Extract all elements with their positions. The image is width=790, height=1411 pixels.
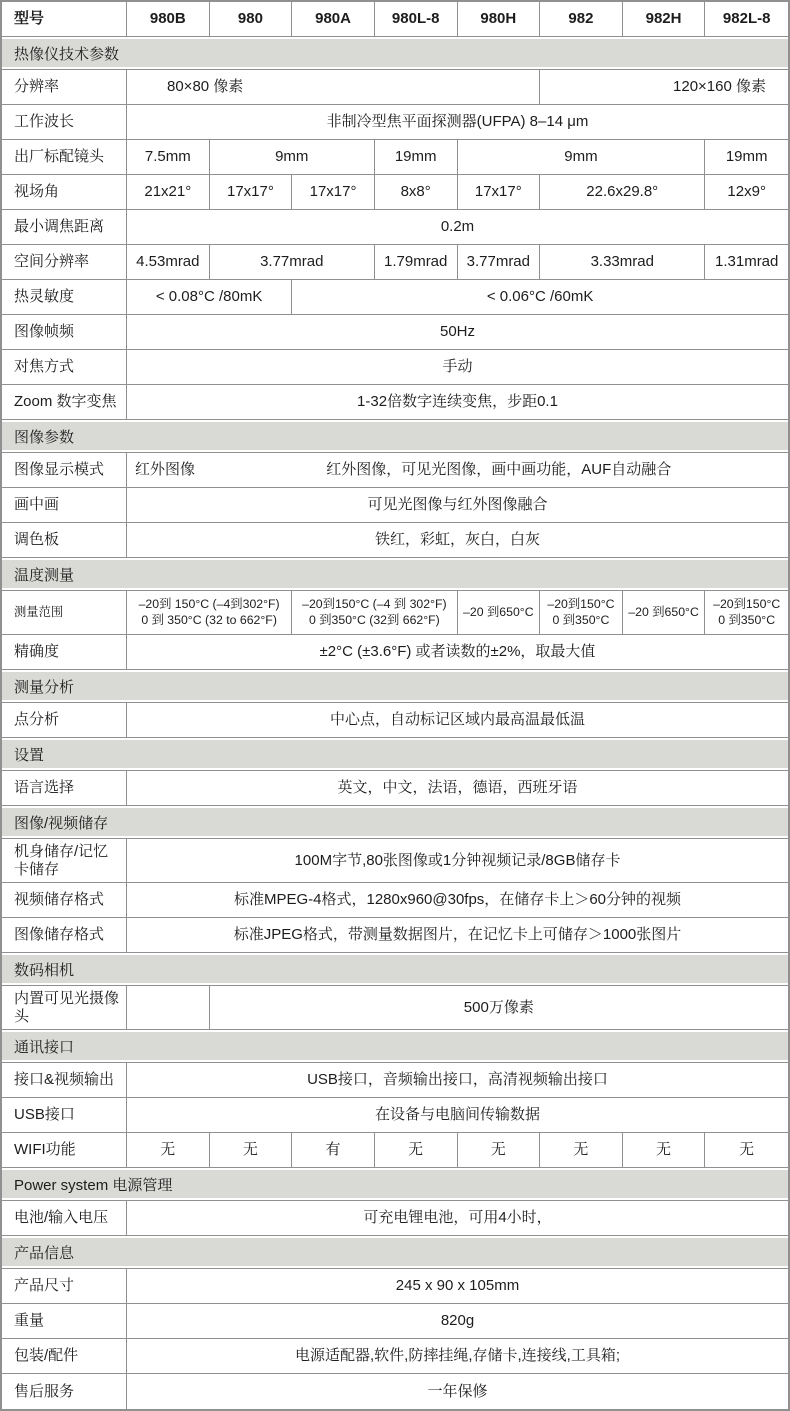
- row-weight: 重量820g: [2, 1304, 788, 1339]
- row-video-format: 视频储存格式标准MPEG-4格式，1280x960@30fps，在储存卡上＞60…: [2, 883, 788, 918]
- section-digital-camera: 数码相机: [2, 953, 788, 986]
- cell-line: –20 到650°C: [628, 605, 699, 621]
- cell-visible-camera-1: 500万像素: [210, 986, 788, 1029]
- row-fov: 视场角21x21°17x17°17x17°8x8°17x17°22.6x29.8…: [2, 175, 788, 210]
- section-band: Power system 电源管理: [2, 1170, 788, 1198]
- cell-fov-6: 12x9°: [705, 175, 788, 209]
- row-standard-lens: 出厂标配镜头7.5mm9mm19mm9mm19mm: [2, 140, 788, 175]
- row-storage: 机身储存/记忆卡储存100M字节,80张图像或1分钟视频记录/8GB储存卡: [2, 839, 788, 883]
- cell-image-display-mode-0: 红外图像: [127, 453, 210, 487]
- row-label-thermal-sensitivity: 热灵敏度: [2, 280, 127, 314]
- cell-standard-lens-3: 9mm: [458, 140, 706, 174]
- header-model-982: 982: [540, 2, 623, 36]
- row-wifi: WIFI功能无无有无无无无无: [2, 1133, 788, 1168]
- cell-wifi-4: 无: [458, 1133, 541, 1167]
- cell-spatial-resolution-4: 3.33mrad: [540, 245, 705, 279]
- row-label-language: 语言选择: [2, 771, 127, 805]
- section-title: 图像参数: [14, 426, 74, 447]
- cell-measure-range-0: –20到 150°C (–4到302°F)0 到 350°C (32 to 66…: [127, 591, 292, 634]
- cell-spatial-resolution-1: 3.77mrad: [210, 245, 375, 279]
- cell-fov-5: 22.6x29.8°: [540, 175, 705, 209]
- row-digital-zoom: Zoom 数字变焦1-32倍数字连续变焦，步距0.1: [2, 385, 788, 420]
- row-image-display-mode: 图像显示模式红外图像红外图像，可见光图像，画中画功能，AUF自动融合: [2, 453, 788, 488]
- cell-standard-lens-0: 7.5mm: [127, 140, 210, 174]
- row-label-pip: 画中画: [2, 488, 127, 522]
- section-band: 通讯接口: [2, 1032, 788, 1060]
- row-label-weight: 重量: [2, 1304, 127, 1338]
- cell-line: –20 到650°C: [463, 605, 534, 621]
- cell-measure-range-2: –20 到650°C: [458, 591, 541, 634]
- cell-lines: –20到 150°C (–4到302°F)0 到 350°C (32 to 66…: [139, 597, 280, 629]
- row-label-spot-analysis: 点分析: [2, 703, 127, 737]
- cell-dimensions-0: 245 x 90 x 105mm: [127, 1269, 788, 1303]
- cell-focus-mode-0: 手动: [127, 350, 788, 384]
- row-label-image-display-mode: 图像显示模式: [2, 453, 127, 487]
- cell-measure-range-4: –20 到650°C: [623, 591, 706, 634]
- cell-measure-range-3: –20到150°C0 到350°C: [540, 591, 623, 634]
- section-band: 温度测量: [2, 560, 788, 588]
- cell-min-focus-distance-0: 0.2m: [127, 210, 788, 244]
- table-header-row: 型号 980B980980A980L-8980H982982H982L-8: [2, 2, 788, 37]
- cell-frame-rate-0: 50Hz: [127, 315, 788, 349]
- row-pip: 画中画可见光图像与红外图像融合: [2, 488, 788, 523]
- header-model-982H: 982H: [623, 2, 706, 36]
- header-model-980B: 980B: [127, 2, 210, 36]
- row-label-package: 包装/配件: [2, 1339, 127, 1373]
- row-label-accuracy: 精确度: [2, 635, 127, 669]
- section-band: 数码相机: [2, 955, 788, 983]
- section-title: 图像/视频储存: [14, 812, 108, 833]
- row-battery: 电池/输入电压可充电锂电池，可用4小时，: [2, 1201, 788, 1236]
- section-communication: 通讯接口: [2, 1030, 788, 1063]
- cell-spatial-resolution-2: 1.79mrad: [375, 245, 458, 279]
- cell-warranty-0: 一年保修: [127, 1374, 788, 1409]
- cell-line: –20到150°C: [547, 597, 614, 613]
- cell-spatial-resolution-0: 4.53mrad: [127, 245, 210, 279]
- cell-line: 0 到350°C (32到 662°F): [309, 613, 440, 629]
- spec-table: 型号 980B980980A980L-8980H982982H982L-8 热像…: [0, 0, 790, 1411]
- cell-thermal-sensitivity-1: < 0.06°C /60mK: [292, 280, 788, 314]
- cell-wavelength-0: 非制冷型焦平面探测器(UFPA) 8–14 μm: [127, 105, 788, 139]
- row-label-battery: 电池/输入电压: [2, 1201, 127, 1235]
- row-interface-video-out: 接口&视频输出USB接口，音频输出接口，高清视频输出接口: [2, 1063, 788, 1098]
- section-product-info: 产品信息: [2, 1236, 788, 1269]
- row-label-measure-range: 测量范围: [2, 591, 127, 634]
- section-title: 产品信息: [14, 1242, 74, 1263]
- cell-line: 0 到 350°C (32 to 662°F): [141, 613, 277, 629]
- cell-image-format-0: 标准JPEG格式，带测量数据图片，在记忆卡上可储存＞1000张图片: [127, 918, 788, 952]
- row-label-min-focus-distance: 最小调焦距离: [2, 210, 127, 244]
- row-accuracy: 精确度±2°C (±3.6°F) 或者读数的±2%，取最大值: [2, 635, 788, 670]
- cell-language-0: 英文，中文，法语，德语，西班牙语: [127, 771, 788, 805]
- row-label-visible-camera: 内置可见光摄像头: [2, 986, 127, 1029]
- row-label-frame-rate: 图像帧频: [2, 315, 127, 349]
- header-model-label: 型号: [2, 2, 127, 36]
- cell-measure-range-5: –20到150°C0 到350°C: [705, 591, 788, 634]
- row-label-wifi: WIFI功能: [2, 1133, 127, 1167]
- row-frame-rate: 图像帧频50Hz: [2, 315, 788, 350]
- cell-line: 0 到350°C: [718, 613, 775, 629]
- row-label-warranty: 售后服务: [2, 1374, 127, 1409]
- row-dimensions: 产品尺寸245 x 90 x 105mm: [2, 1269, 788, 1304]
- row-warranty: 售后服务一年保修: [2, 1374, 788, 1409]
- section-band: 测量分析: [2, 672, 788, 700]
- section-title: Power system 电源管理: [14, 1174, 172, 1195]
- section-title: 温度测量: [14, 564, 74, 585]
- cell-wifi-0: 无: [127, 1133, 210, 1167]
- section-power-system: Power system 电源管理: [2, 1168, 788, 1201]
- cell-lines: –20到150°C0 到350°C: [547, 597, 614, 629]
- section-settings: 设置: [2, 738, 788, 771]
- cell-fov-4: 17x17°: [458, 175, 541, 209]
- row-label-video-format: 视频储存格式: [2, 883, 127, 917]
- row-label-storage: 机身储存/记忆卡储存: [2, 839, 127, 882]
- cell-measure-range-1: –20到150°C (–4 到 302°F)0 到350°C (32到 662°…: [292, 591, 457, 634]
- section-band: 设置: [2, 740, 788, 768]
- cell-line: –20到150°C (–4 到 302°F): [302, 597, 447, 613]
- cell-lines: –20 到650°C: [463, 605, 534, 621]
- row-focus-mode: 对焦方式手动: [2, 350, 788, 385]
- row-label-standard-lens: 出厂标配镜头: [2, 140, 127, 174]
- section-measure-analysis: 测量分析: [2, 670, 788, 703]
- cell-wifi-3: 无: [375, 1133, 458, 1167]
- row-palette: 调色板铁红，彩虹，灰白，白灰: [2, 523, 788, 558]
- cell-resolution-0: 80×80 像素: [127, 70, 540, 104]
- row-label-digital-zoom: Zoom 数字变焦: [2, 385, 127, 419]
- row-measure-range: 测量范围–20到 150°C (–4到302°F)0 到 350°C (32 t…: [2, 591, 788, 635]
- row-spot-analysis: 点分析中心点，自动标记区域内最高温最低温: [2, 703, 788, 738]
- header-model-982L-8: 982L-8: [705, 2, 788, 36]
- section-band: 图像参数: [2, 422, 788, 450]
- cell-lines: –20到150°C0 到350°C: [713, 597, 780, 629]
- cell-battery-0: 可充电锂电池，可用4小时，: [127, 1201, 788, 1235]
- cell-lines: –20 到650°C: [628, 605, 699, 621]
- cell-fov-3: 8x8°: [375, 175, 458, 209]
- cell-pip-0: 可见光图像与红外图像融合: [127, 488, 788, 522]
- cell-fov-2: 17x17°: [292, 175, 375, 209]
- row-usb: USB接口在设备与电脑间传输数据: [2, 1098, 788, 1133]
- row-label-image-format: 图像储存格式: [2, 918, 127, 952]
- section-title: 通讯接口: [14, 1036, 74, 1057]
- header-model-980: 980: [210, 2, 293, 36]
- section-thermal-tech-params: 热像仪技术参数: [2, 37, 788, 70]
- cell-storage-0: 100M字节,80张图像或1分钟视频记录/8GB储存卡: [127, 839, 788, 882]
- cell-spatial-resolution-3: 3.77mrad: [458, 245, 541, 279]
- section-title: 设置: [14, 744, 44, 765]
- cell-palette-0: 铁红，彩虹，灰白，白灰: [127, 523, 788, 557]
- cell-standard-lens-4: 19mm: [705, 140, 788, 174]
- cell-interface-video-out-0: USB接口，音频输出接口，高清视频输出接口: [127, 1063, 788, 1097]
- section-band: 图像/视频储存: [2, 808, 788, 836]
- cell-fov-1: 17x17°: [210, 175, 293, 209]
- row-label-resolution: 分辨率: [2, 70, 127, 104]
- cell-spot-analysis-0: 中心点，自动标记区域内最高温最低温: [127, 703, 788, 737]
- cell-standard-lens-1: 9mm: [210, 140, 375, 174]
- cell-lines: –20到150°C (–4 到 302°F)0 到350°C (32到 662°…: [302, 597, 447, 629]
- row-label-interface-video-out: 接口&视频输出: [2, 1063, 127, 1097]
- section-image-video-storage: 图像/视频储存: [2, 806, 788, 839]
- cell-fov-0: 21x21°: [127, 175, 210, 209]
- row-thermal-sensitivity: 热灵敏度< 0.08°C /80mK< 0.06°C /60mK: [2, 280, 788, 315]
- row-wavelength: 工作波长非制冷型焦平面探测器(UFPA) 8–14 μm: [2, 105, 788, 140]
- row-language: 语言选择英文，中文，法语，德语，西班牙语: [2, 771, 788, 806]
- row-resolution: 分辨率80×80 像素120×160 像素: [2, 70, 788, 105]
- section-band: 产品信息: [2, 1238, 788, 1266]
- cell-wifi-5: 无: [540, 1133, 623, 1167]
- cell-usb-0: 在设备与电脑间传输数据: [127, 1098, 788, 1132]
- cell-wifi-7: 无: [705, 1133, 788, 1167]
- row-label-wavelength: 工作波长: [2, 105, 127, 139]
- row-image-format: 图像储存格式标准JPEG格式，带测量数据图片，在记忆卡上可储存＞1000张图片: [2, 918, 788, 953]
- cell-accuracy-0: ±2°C (±3.6°F) 或者读数的±2%，取最大值: [127, 635, 788, 669]
- section-title: 测量分析: [14, 676, 74, 697]
- row-min-focus-distance: 最小调焦距离0.2m: [2, 210, 788, 245]
- header-model-980L-8: 980L-8: [375, 2, 458, 36]
- cell-visible-camera-0: [127, 986, 210, 1029]
- section-band: 热像仪技术参数: [2, 39, 788, 67]
- section-title: 数码相机: [14, 959, 74, 980]
- cell-line: –20到150°C: [713, 597, 780, 613]
- cell-digital-zoom-0: 1-32倍数字连续变焦，步距0.1: [127, 385, 788, 419]
- row-label-dimensions: 产品尺寸: [2, 1269, 127, 1303]
- cell-wifi-1: 无: [210, 1133, 293, 1167]
- cell-wifi-2: 有: [292, 1133, 375, 1167]
- section-temp-measurement: 温度测量: [2, 558, 788, 591]
- row-visible-camera: 内置可见光摄像头500万像素: [2, 986, 788, 1030]
- row-label-focus-mode: 对焦方式: [2, 350, 127, 384]
- header-model-980A: 980A: [292, 2, 375, 36]
- section-title: 热像仪技术参数: [14, 43, 119, 64]
- cell-line: –20到 150°C (–4到302°F): [139, 597, 280, 613]
- row-label-palette: 调色板: [2, 523, 127, 557]
- cell-weight-0: 820g: [127, 1304, 788, 1338]
- cell-package-0: 电源适配器,软件,防摔挂绳,存储卡,连接线,工具箱;: [127, 1339, 788, 1373]
- cell-line: 0 到350°C: [552, 613, 609, 629]
- cell-image-display-mode-1: 红外图像，可见光图像，画中画功能，AUF自动融合: [210, 453, 788, 487]
- cell-resolution-1: 120×160 像素: [540, 70, 788, 104]
- header-model-980H: 980H: [458, 2, 541, 36]
- cell-spatial-resolution-5: 1.31mrad: [705, 245, 788, 279]
- row-package: 包装/配件电源适配器,软件,防摔挂绳,存储卡,连接线,工具箱;: [2, 1339, 788, 1374]
- row-label-fov: 视场角: [2, 175, 127, 209]
- row-spatial-resolution: 空间分辨率4.53mrad3.77mrad1.79mrad3.77mrad3.3…: [2, 245, 788, 280]
- cell-thermal-sensitivity-0: < 0.08°C /80mK: [127, 280, 292, 314]
- cell-standard-lens-2: 19mm: [375, 140, 458, 174]
- section-image-params: 图像参数: [2, 420, 788, 453]
- cell-video-format-0: 标准MPEG-4格式，1280x960@30fps，在储存卡上＞60分钟的视频: [127, 883, 788, 917]
- cell-wifi-6: 无: [623, 1133, 706, 1167]
- row-label-spatial-resolution: 空间分辨率: [2, 245, 127, 279]
- row-label-usb: USB接口: [2, 1098, 127, 1132]
